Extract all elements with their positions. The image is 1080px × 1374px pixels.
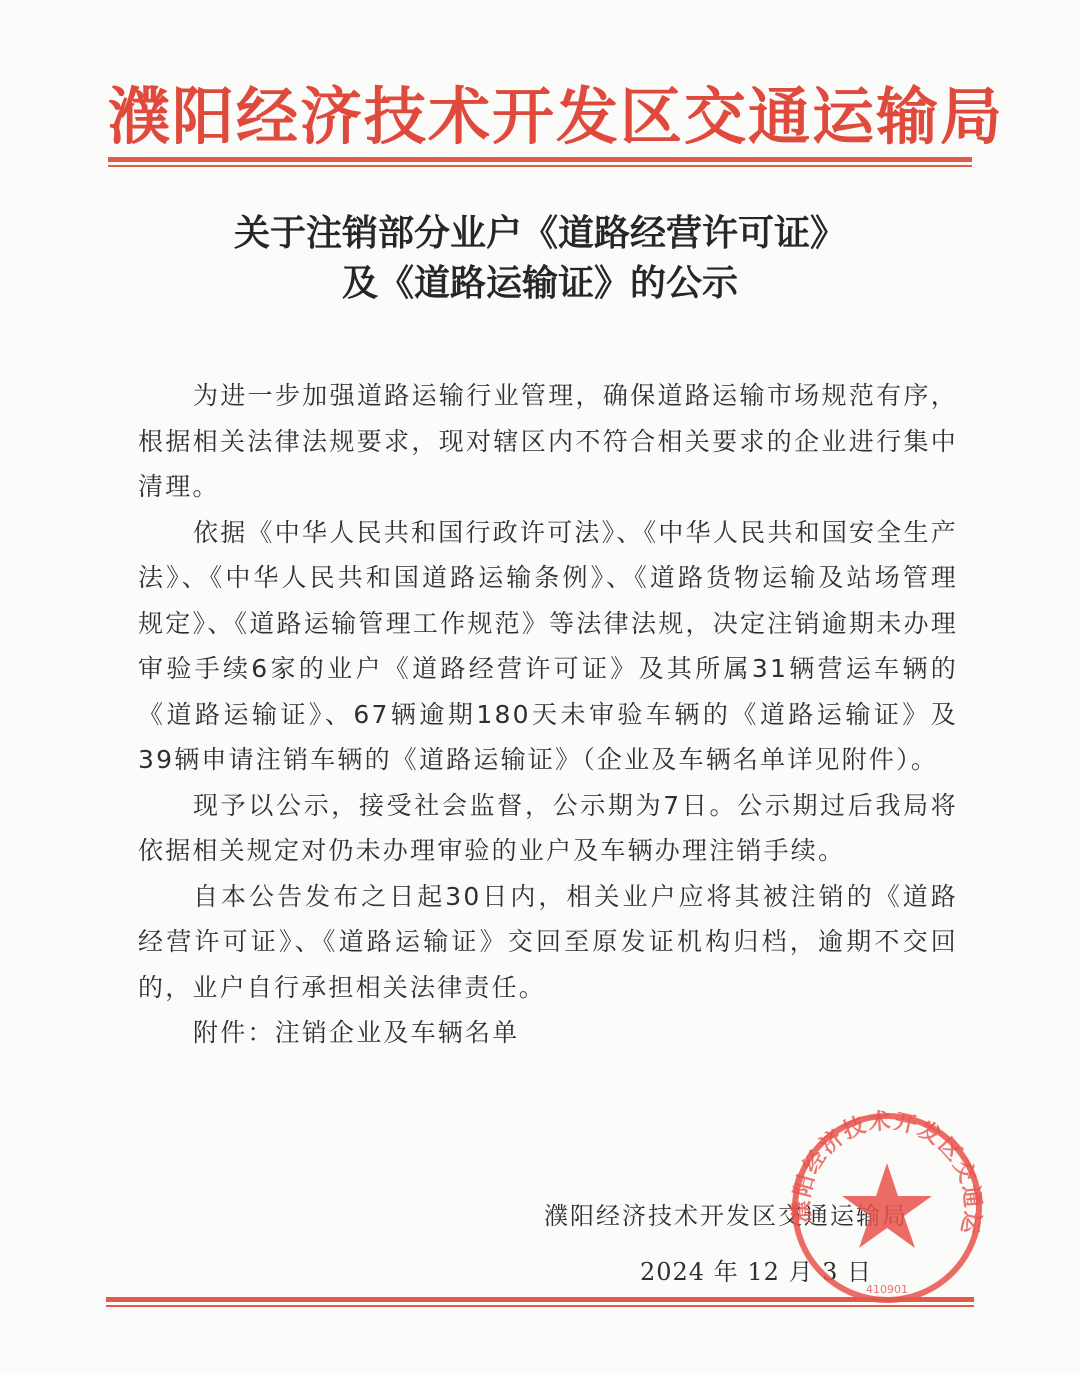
masthead-org-name: 濮阳经济技术开发区交通运输局 [108,72,972,162]
rule-thin-line [106,1305,974,1307]
notice-title-line-1: 关于注销部分业户《道路经营许可证》 [140,208,940,258]
notice-title: 关于注销部分业户《道路经营许可证》 及《道路运输证》的公示 [140,208,940,308]
notice-title-line-2: 及《道路运输证》的公示 [140,258,940,308]
official-notice-document: 濮阳经济技术开发区交通运输局 关于注销部分业户《道路经营许可证》 及《道路运输证… [0,0,1080,1374]
paragraph-publicity-period: 现予以公示，接受社会监督，公示期为7日。公示期过后我局将依据相关规定对仍未办理审… [138,783,958,874]
svg-text:410901: 410901 [866,1283,908,1296]
paragraph-purpose: 为进一步加强道路运输行业管理，确保道路运输市场规范有序，根据相关法律法规要求，现… [138,373,958,510]
paragraph-attachment: 附件：注销企业及车辆名单 [138,1010,958,1056]
stamp-star-icon [842,1163,932,1248]
official-seal-stamp-icon: 濮阳经济技术开发区交通运输局 410901 [782,1108,992,1308]
paragraph-legal-basis: 依据《中华人民共和国行政许可法》、《中华人民共和国安全生产法》、《中华人民共和国… [138,510,958,783]
rule-thin-line [108,165,972,167]
footer-red-rule [106,1297,974,1307]
masthead-red-rule [108,157,972,167]
notice-body: 为进一步加强道路运输行业管理，确保道路运输市场规范有序，根据相关法律法规要求，现… [138,373,958,1056]
paragraph-return-certificates: 自本公告发布之日起30日内，相关业户应将其被注销的《道路经营许可证》、《道路运输… [138,874,958,1011]
